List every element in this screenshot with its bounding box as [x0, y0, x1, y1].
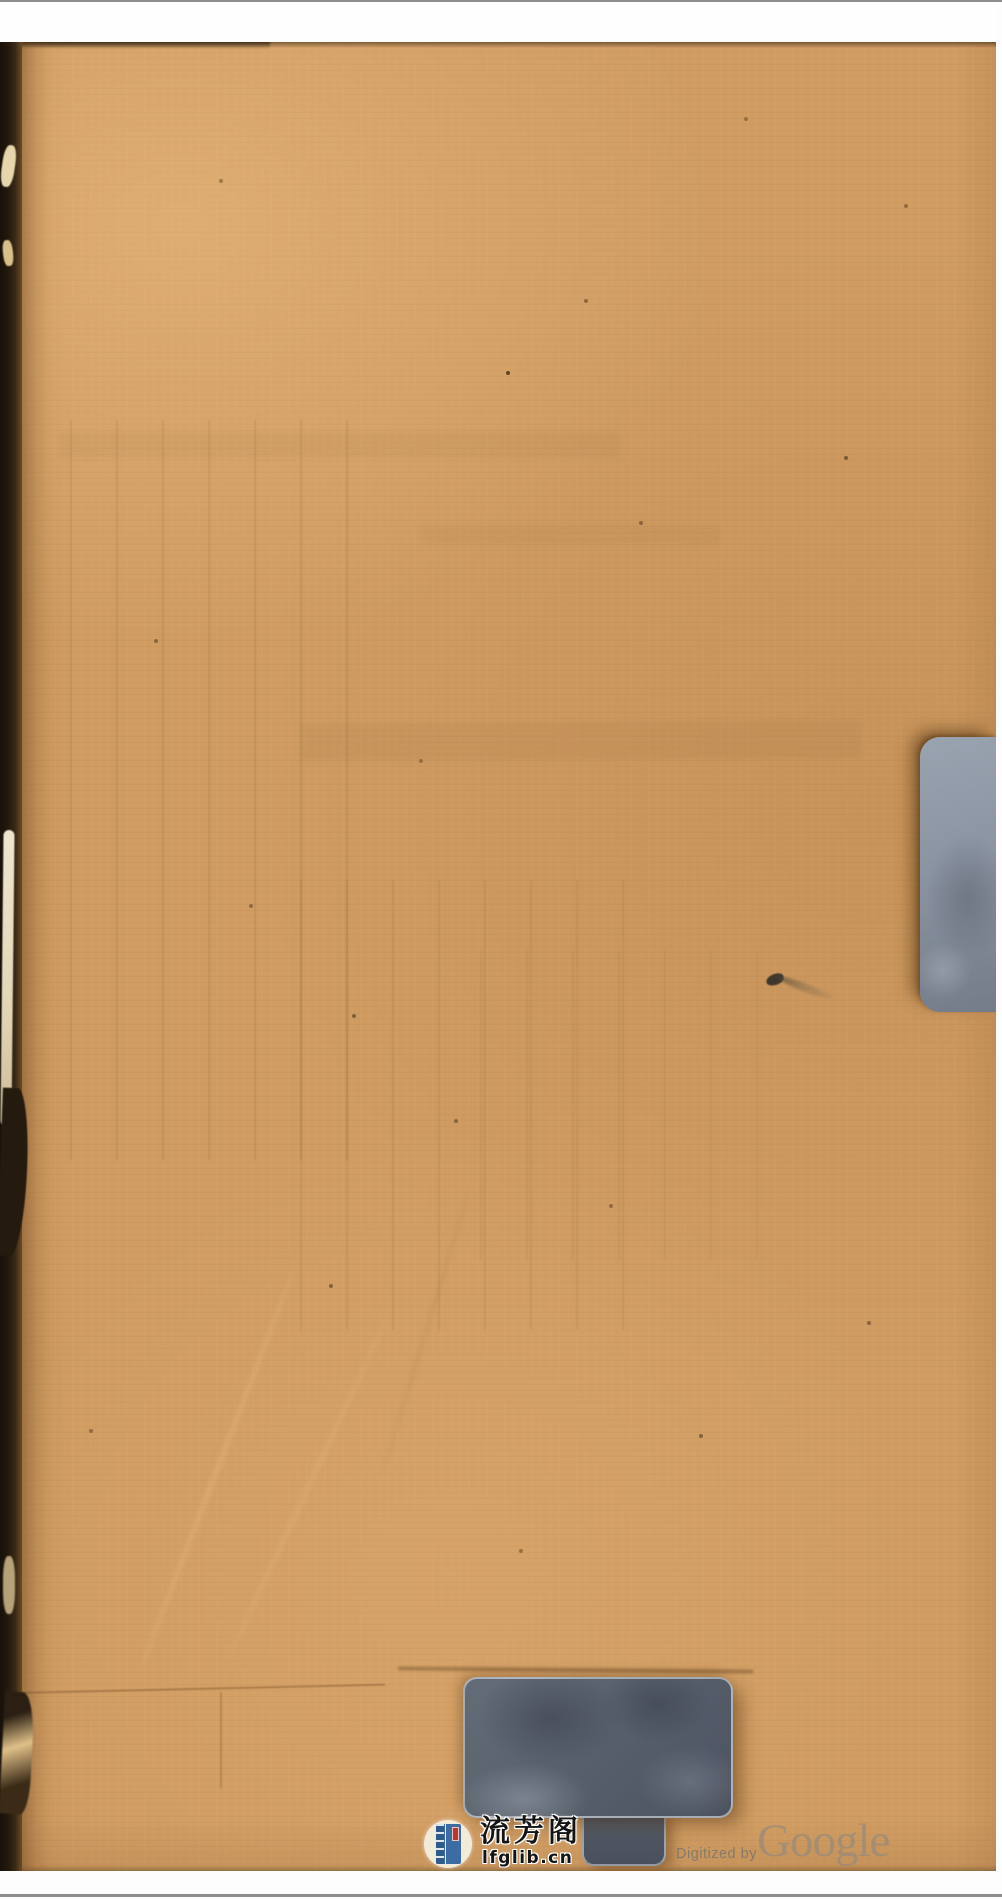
spine-shadow	[20, 42, 50, 1871]
smudge-band	[300, 720, 860, 762]
bottom-scanner-clip	[463, 1677, 733, 1818]
scanned-book-page: 流芳阁 lfglib.cn Digitized by Google	[0, 0, 1002, 1900]
digitized-by-text: Digitized by	[676, 1847, 757, 1862]
chinese-book-icon	[436, 1824, 461, 1864]
scan-top-edge-line	[0, 0, 1002, 2]
book-red-title-label	[452, 1827, 459, 1841]
scan-bottom-edge-line	[0, 1894, 1002, 1897]
smudge-band	[60, 432, 620, 458]
book-stitched-spine	[436, 1824, 444, 1864]
google-wordmark: Google	[757, 1818, 889, 1865]
book-cover-line	[445, 1824, 446, 1864]
scan-top-border	[0, 2, 1002, 42]
scan-right-border	[996, 0, 1002, 1900]
lfglib-site-name: 流芳阁	[480, 1817, 582, 1847]
right-scanner-clip	[920, 737, 997, 1012]
lfglib-site-url: lfglib.cn	[482, 1850, 573, 1867]
bleed-through-columns-right	[480, 950, 780, 1260]
bottom-scanner-clip-stem	[582, 1810, 666, 1866]
lfglib-logo-circle	[424, 1820, 472, 1868]
paper-crease	[220, 1692, 222, 1788]
smudge-band	[420, 525, 720, 545]
torn-paper-fleck	[3, 1556, 15, 1614]
